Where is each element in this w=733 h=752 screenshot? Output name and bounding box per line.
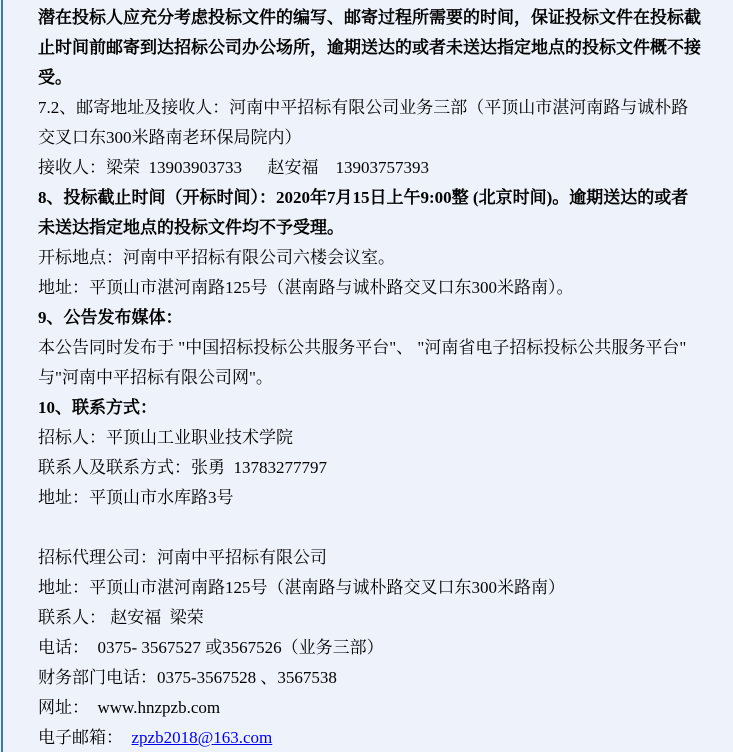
mailing-address-line: 7.2、邮寄地址及接收人：河南中平招标有限公司业务三部（平顶山市湛河南路与诚朴路… (38, 93, 702, 153)
agency-line: 招标代理公司：河南中平招标有限公司 (38, 543, 702, 573)
announcement-page: 潜在投标人应充分考虑投标文件的编写、邮寄过程所需要的时间，保证投标文件在投标截止… (0, 0, 733, 752)
email-line: 电子邮箱： zpzb2018@163.com (38, 723, 702, 752)
email-link[interactable]: zpzb2018@163.com (132, 728, 273, 747)
section-8-heading: 8、投标截止时间（开标时间）：2020年7月15日上午9:00整 (北京时间)。… (38, 183, 702, 243)
media-line-2: 与"河南中平招标有限公司网"。 (38, 363, 702, 393)
section-9-heading: 9、公告发布媒体： (38, 303, 702, 333)
mail-deadline-notice: 潜在投标人应充分考虑投标文件的编写、邮寄过程所需要的时间，保证投标文件在投标截止… (38, 3, 702, 93)
announcement-content: 潜在投标人应充分考虑投标文件的编写、邮寄过程所需要的时间，保证投标文件在投标截止… (38, 3, 702, 752)
website-line: 网址： www.hnzpzb.com (38, 693, 702, 723)
email-label: 电子邮箱： (38, 728, 132, 747)
media-line-1: 本公告同时发布于 "中国招标投标公共服务平台"、 "河南省电子招标投标公共服务平… (38, 333, 702, 363)
finance-phone-line: 财务部门电话：0375-3567528 、3567538 (38, 663, 702, 693)
tenderee-address-line: 地址：平顶山市水库路3号 (38, 483, 702, 513)
agency-contacts-line: 联系人： 赵安福 梁荣 (38, 603, 702, 633)
left-border-line (1, 0, 3, 752)
agency-address-line: 地址：平顶山市湛河南路125号（湛南路与诚朴路交叉口东300米路南） (38, 573, 702, 603)
section-10-heading: 10、联系方式： (38, 393, 702, 423)
bid-opening-address-line: 地址：平顶山市湛河南路125号（湛南路与诚朴路交叉口东300米路南）。 (38, 273, 702, 303)
receivers-line: 接收人：梁荣 13903903733 赵安福 13903757393 (38, 153, 702, 183)
tenderee-contact-line: 联系人及联系方式：张勇 13783277797 (38, 453, 702, 483)
tenderee-line: 招标人：平顶山工业职业技术学院 (38, 423, 702, 453)
agency-phone-line: 电话： 0375- 3567527 或3567526（业务三部） (38, 633, 702, 663)
bid-opening-place-line: 开标地点：河南中平招标有限公司六楼会议室。 (38, 243, 702, 273)
blank-line (38, 513, 702, 543)
